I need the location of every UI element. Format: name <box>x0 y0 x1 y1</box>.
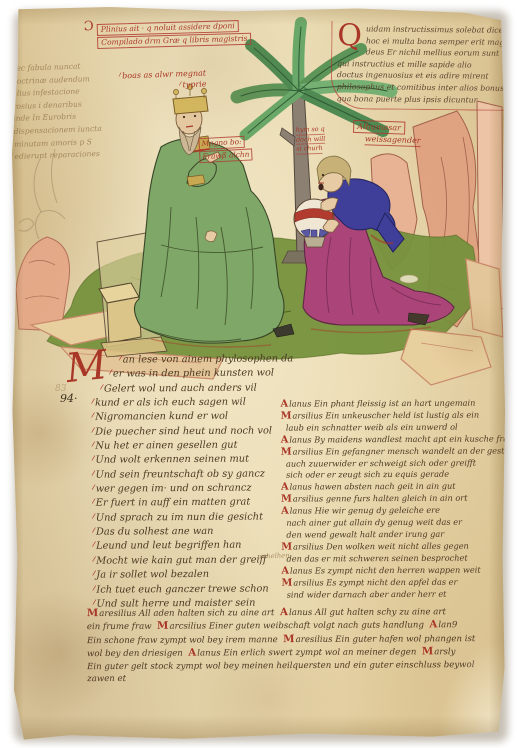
text-line: ⁄kund er als ich euch sagen wil <box>91 395 293 411</box>
marginal-word: schelhen <box>259 551 290 560</box>
line-marker: ⁄ <box>93 584 95 595</box>
text-line: ⁄Und sein freuntschaft ob sy gancz <box>92 467 294 483</box>
text-line: ⁄typrie <box>179 78 207 90</box>
screenshot-root: { "page": { "numbers": { "faint": "83", … <box>0 0 517 748</box>
text-segment: zawen et <box>87 674 126 684</box>
paragraph-mark-icon: Ɔ <box>84 22 94 32</box>
text-line: ⁄Ja ir sollet wol bezalen <box>93 567 295 583</box>
rubric-initial: A <box>188 647 196 659</box>
line-marker: ⁄ <box>109 369 111 380</box>
rubric-initial: M <box>422 646 433 658</box>
text-line: uidam instructissimus solebat dicere si … <box>366 23 517 36</box>
text-segment: arsilius Den wolken weit nicht alles geg… <box>293 541 469 552</box>
rubric-initial: A <box>280 399 288 410</box>
rubric-initial: M <box>281 410 292 421</box>
line-marker: ⁄ <box>92 541 94 552</box>
text-line: ⁄wer gegen im· und on schrancz <box>92 481 294 497</box>
tree-side-label: hym so qdoch willsi churh <box>296 124 341 154</box>
text-segment: den das er mit schweren seinen besproche… <box>281 552 467 563</box>
text-line: ⁄Die puecher sind heut und noch vol <box>92 424 294 440</box>
line-marker: ⁄ <box>92 484 94 495</box>
text-segment: lanus Ein phant fleissig ist an hart ung… <box>289 398 475 409</box>
text-segment: wol bey den driesigen <box>87 649 188 660</box>
rubric-initial: A <box>429 619 437 631</box>
rubric-initial: A <box>281 434 289 445</box>
text-segment: aresilius All aden halten sich zu aine a… <box>99 608 280 619</box>
text-line: zawen et <box>87 671 517 686</box>
text-segment: arsilius genne furs halten gleich in ain… <box>293 493 468 504</box>
rubric-initial: M <box>281 446 292 457</box>
astronomer-name-label: Albumasarweissagender <box>353 120 422 147</box>
text-segment: ein frume fraw <box>87 622 157 632</box>
text-line: ⁄Nigromancien kund er wol <box>92 410 294 426</box>
text-line: ⁄Er fuert in auff ein matten grat <box>92 496 294 512</box>
speech-label: Magno bo:Frawß alchn <box>198 134 283 164</box>
text-line: weissagender <box>365 133 421 147</box>
text-segment: sind wider darnach aber ander herr et <box>281 588 446 599</box>
text-segment: lanus hawen absten nach geit in ain gut <box>290 481 456 492</box>
rubric-initial: A <box>281 482 289 493</box>
text-segment: lanus By maidens wandlest macht apt ein … <box>289 433 513 444</box>
verse-column-left: ⁄an lese von ainem phylosophen das⁄er wa… <box>91 352 295 612</box>
text-segment: arsilius Es zympt nicht den apfel das er <box>293 576 457 587</box>
text-segment: auch zuuerwider er schweigt sich oder gr… <box>281 457 476 468</box>
rubric-initial-q: Q <box>337 24 362 48</box>
text-line: sind wider darnach aber ander herr et <box>281 588 517 601</box>
king-name-label: ⁄boas as alwr megnat⁄typrie <box>119 67 207 92</box>
text-segment: lan9 <box>438 621 457 631</box>
text-line: ⁄er was in den phein kunsten wol <box>109 367 293 383</box>
text-segment: den wend gewalt halt ander irung gar <box>281 529 444 540</box>
text-segment: sich oder er zeugt sich zu equis gerade <box>281 469 449 480</box>
text-segment: nach ainer gut allain dy genug weit das … <box>281 517 462 528</box>
rubric-initial: M <box>281 494 292 505</box>
text-line: ⁄Und wolt erkennen seinen mut <box>92 453 294 469</box>
folio-number: 94· <box>60 392 78 405</box>
text-line: qua bona puerte plus ipsis dicuntur <box>337 93 517 106</box>
rocks-left <box>16 237 70 331</box>
text-segment: arsilius Ein unkeuscher held ist lustig … <box>292 409 479 420</box>
line-marker: ⁄ <box>92 527 94 538</box>
text-segment: arsly <box>434 647 455 657</box>
text-segment: Ein schone fraw zympt wol bey irem manne <box>87 635 283 646</box>
text-segment: laub ein schnatter weib als ein unwerd o… <box>281 422 458 433</box>
line-marker: ⁄ <box>179 80 181 89</box>
text-line: Magno bo: <box>198 136 245 150</box>
line-marker: ⁄ <box>92 512 94 523</box>
text-segment: lanus Es zympt nicht den herren wappen w… <box>290 564 481 575</box>
text-line: si churh <box>296 144 323 155</box>
text-line: ⁄an lese von ainem phylosophen das <box>119 352 293 368</box>
king-figure <box>134 84 294 343</box>
text-segment: lanus Ein erlich swert zympt wol an mein… <box>197 648 422 659</box>
line-marker: ⁄ <box>119 355 121 366</box>
line-marker: ⁄ <box>93 570 95 581</box>
marginal-note: hec fabula nuncatdoctrinæ audendumalius … <box>11 59 126 164</box>
gloss-lines: Q uidam instructissimus solebat dicere s… <box>337 23 517 106</box>
text-line: ⁄Das du solhest ane wan <box>92 524 294 540</box>
text-line: Marsilius Ein gefangner mensch wandelt a… <box>281 445 517 458</box>
rubric-initial: M <box>157 620 168 632</box>
text-segment: Ein guter gelt stock zympt wol bey meine… <box>87 660 474 672</box>
line-marker: ⁄ <box>92 455 94 466</box>
text-line: ⁄Ich tuet euch ganczer trewe schon <box>93 582 295 598</box>
text-line: Ein guter gelt stock zympt wol bey meine… <box>87 658 517 673</box>
bottom-text-block: Maresilius All aden halten sich zu aine … <box>87 605 517 686</box>
text-line: ⁄Nu het er ainen gesellen gut <box>92 438 294 454</box>
manuscript-page: Ɔ Plinius ait · q noluit assidere dponiC… <box>11 7 506 741</box>
text-line: ⁄Und sprach zu im nun die gesicht <box>92 510 294 526</box>
rubric-initial: A <box>281 506 289 517</box>
rubric-initial-m: M <box>64 345 109 389</box>
gloss-column-right: Alanus Ein phant fleissig ist an hart un… <box>280 397 517 601</box>
rubric-initial: A <box>281 565 289 576</box>
text-line: ⁄Gelert wol und auch anders vil <box>100 381 293 397</box>
line-marker: ⁄ <box>92 426 94 437</box>
line-marker: ⁄ <box>93 556 95 567</box>
rubric-initial: A <box>280 606 288 618</box>
text-segment: aresilius Ein guter hafen wol phangen is… <box>296 634 476 645</box>
rubric-initial: M <box>283 633 294 645</box>
text-line: Albumasar <box>353 120 405 135</box>
king-crown <box>173 96 208 114</box>
line-marker: ⁄ <box>92 441 94 452</box>
rubric-initial: M <box>87 607 98 619</box>
line-marker: ⁄ <box>92 469 94 480</box>
rubric-initial: M <box>281 577 292 588</box>
line-marker: ⁄ <box>92 498 94 509</box>
text-segment: lanus Hie wir genug dy geleiche ere <box>290 505 440 516</box>
line-marker: ⁄ <box>91 398 93 409</box>
text-segment: arcsilius Einer guten weibschaft volgt n… <box>169 621 429 632</box>
line-marker: ⁄ <box>92 412 94 423</box>
rubric-lines: Plinius ait · q noluit assidere dponiCom… <box>97 18 314 49</box>
text-segment: lanus All gut halten schy zu aine art <box>289 607 446 618</box>
text-line: Frawß alchn <box>199 148 253 163</box>
text-segment: arsilius Ein gefangner mensch wandelt an… <box>293 445 516 456</box>
latin-gloss-top-right: Q uidam instructissimus solebat dicere s… <box>331 21 517 111</box>
